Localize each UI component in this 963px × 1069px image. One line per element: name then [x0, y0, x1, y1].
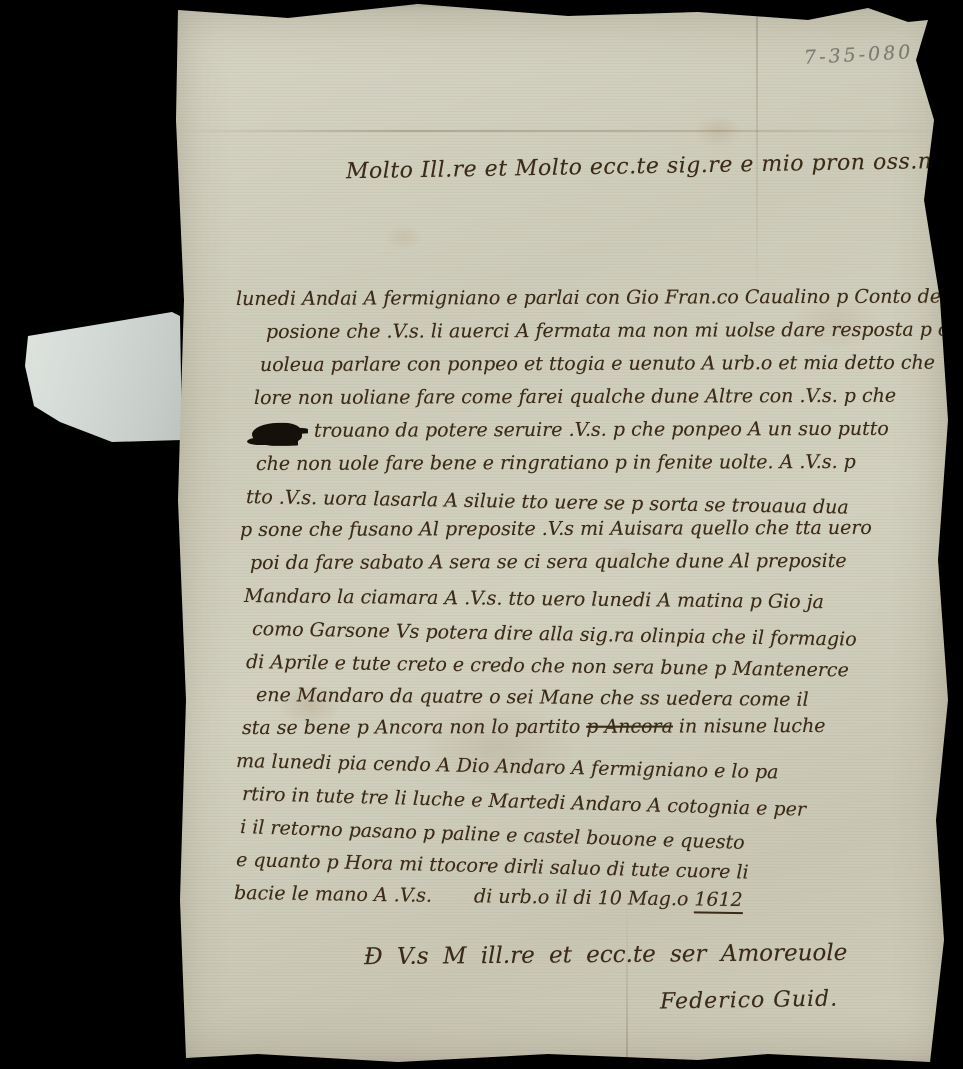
- letter-heading: Molto Ill.re et Molto ecc.te sig.re e mi…: [346, 149, 953, 185]
- line-text: ene Mandaro da quatre o sei Mane che ss …: [256, 684, 809, 711]
- struck-words: p Ancora: [586, 715, 673, 737]
- paper-flap: [20, 310, 185, 444]
- manuscript-line: trouano da potere seruire .V.s. p che po…: [252, 418, 940, 453]
- line-text: poi da fare sabato A sera se ci sera qua…: [250, 550, 847, 574]
- closing-salutation: Đ V.s M ill.re et ecc.te ser Amoreuole: [364, 940, 848, 970]
- line-text: che non uole fare bene e ringratiano p i…: [256, 451, 856, 475]
- line-text: trouano da potere seruire .V.s. p che po…: [314, 418, 889, 442]
- paper-crease-vertical-bottom: [626, 904, 628, 1066]
- line-text: uoleua parlare con ponpeo et ttogia e ue…: [260, 352, 935, 376]
- scan-background: 7-35-080 Molto Ill.re et Molto ecc.te si…: [0, 0, 963, 1069]
- line-text: ma lunedi pia cendo A Dio Andaro A fermi…: [236, 750, 779, 783]
- dateline-year: 1612: [694, 888, 743, 914]
- line-text: lunedi Andai A fermigniano e parlai con …: [236, 285, 963, 310]
- line-text: lore non uoliane fare come farei qualche…: [254, 385, 896, 409]
- line-text: Mandaro la ciamara A .V.s. tto uero lune…: [244, 585, 824, 613]
- manuscript-line: lunedi Andai A fermigniano e parlai con …: [236, 286, 940, 321]
- line-text: in nisune luche: [679, 715, 826, 738]
- line-text: tto .V.s. uora lasarla A siluie tto uere…: [246, 486, 849, 519]
- letter-sheet: 7-35-080 Molto Ill.re et Molto ecc.te si…: [168, 4, 954, 1066]
- manuscript-line: che non uole fare bene e ringratiano p i…: [256, 451, 940, 486]
- manuscript-line: posione che .V.s. li auerci A fermata ma…: [266, 319, 940, 354]
- archival-number: 7-35-080: [803, 41, 913, 69]
- line-text: bacie le mano A .V.s.: [234, 882, 432, 907]
- manuscript-line: p sone che fusano Al preposite .V.s mi A…: [240, 517, 940, 552]
- manuscript-line: poi da fare sabato A sera se ci sera qua…: [250, 550, 940, 585]
- manuscript-line: uoleua parlare con ponpeo et ttogia e ue…: [260, 352, 940, 387]
- line-text: sta se bene p Ancora non lo partito: [242, 716, 580, 739]
- dateline-place: di urb.o il di 10 Mag.o: [474, 885, 689, 910]
- line-text: p sone che fusano Al preposite .V.s mi A…: [240, 517, 872, 541]
- manuscript-line: sta se bene p Ancora non lo partitop Anc…: [242, 715, 940, 750]
- letter-body: lunedi Andai A fermigniano e parlai con …: [228, 288, 940, 915]
- ink-blot: [252, 423, 302, 445]
- manuscript-line: lore non uoliane fare come farei qualche…: [254, 385, 940, 420]
- signature: Federico Guid.: [660, 986, 839, 1014]
- paper-crease-horizontal: [168, 130, 954, 132]
- line-text: posione che .V.s. li auerci A fermata ma…: [266, 319, 963, 343]
